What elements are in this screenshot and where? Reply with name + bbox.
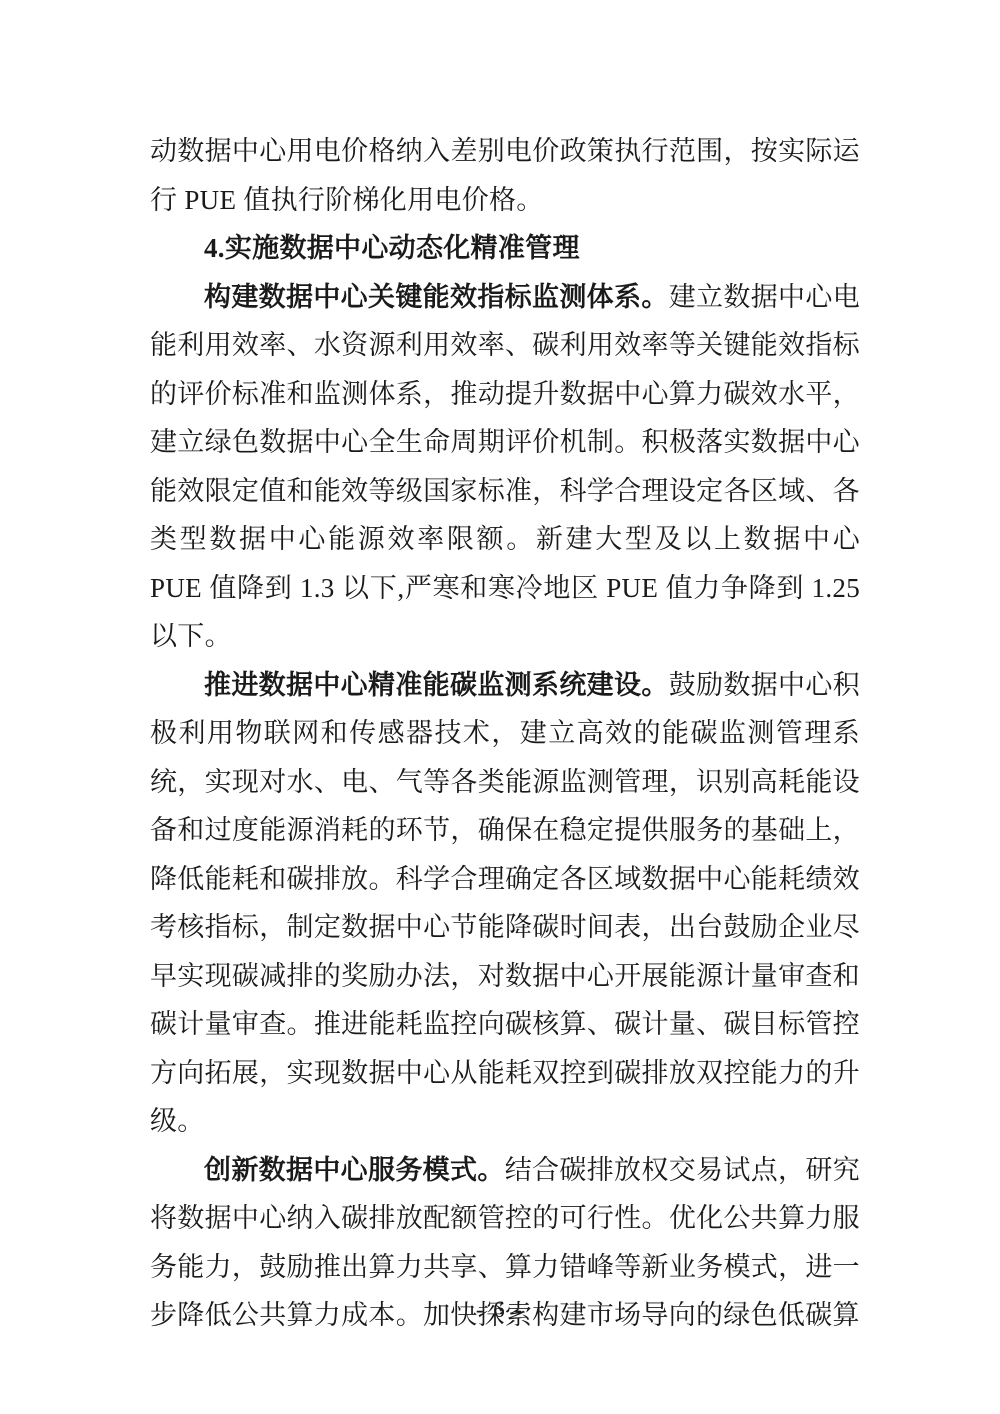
paragraph: 构建数据中心关键能效指标监测体系。建立数据中心电能利用效率、水资源利用效率、碳利… xyxy=(150,273,860,661)
paragraph: 动数据中心用电价格纳入差别电价政策执行范围，按实际运行 PUE 值执行阶梯化用电… xyxy=(150,127,860,224)
paragraph: 推进数据中心精准能碳监测系统建设。鼓励数据中心积极利用物联网和传感器技术，建立高… xyxy=(150,661,860,1146)
section-heading: 4.实施数据中心动态化精准管理 xyxy=(150,224,860,273)
text-run: 鼓励数据中心积极利用物联网和传感器技术，建立高效的能碳监测管理系统，实现对水、电… xyxy=(150,670,860,1137)
document-page: 动数据中心用电价格纳入差别电价政策执行范围，按实际运行 PUE 值执行阶梯化用电… xyxy=(0,0,1000,1414)
bold-text-run: 构建数据中心关键能效指标监测体系。 xyxy=(204,282,669,312)
document-body: 动数据中心用电价格纳入差别电价政策执行范围，按实际运行 PUE 值执行阶梯化用电… xyxy=(150,127,860,1340)
bold-text-run: 推进数据中心精准能碳监测系统建设。 xyxy=(204,670,669,700)
text-run: 建立数据中心电能利用效率、水资源利用效率、碳利用效率等关键能效指标的评价标准和监… xyxy=(150,282,860,652)
bold-text-run: 4.实施数据中心动态化精准管理 xyxy=(204,233,580,263)
bold-text-run: 创新数据中心服务模式。 xyxy=(204,1155,505,1185)
page-number: - 6 - xyxy=(0,1297,1000,1323)
text-run: 动数据中心用电价格纳入差别电价政策执行范围，按实际运行 PUE 值执行阶梯化用电… xyxy=(150,136,860,215)
